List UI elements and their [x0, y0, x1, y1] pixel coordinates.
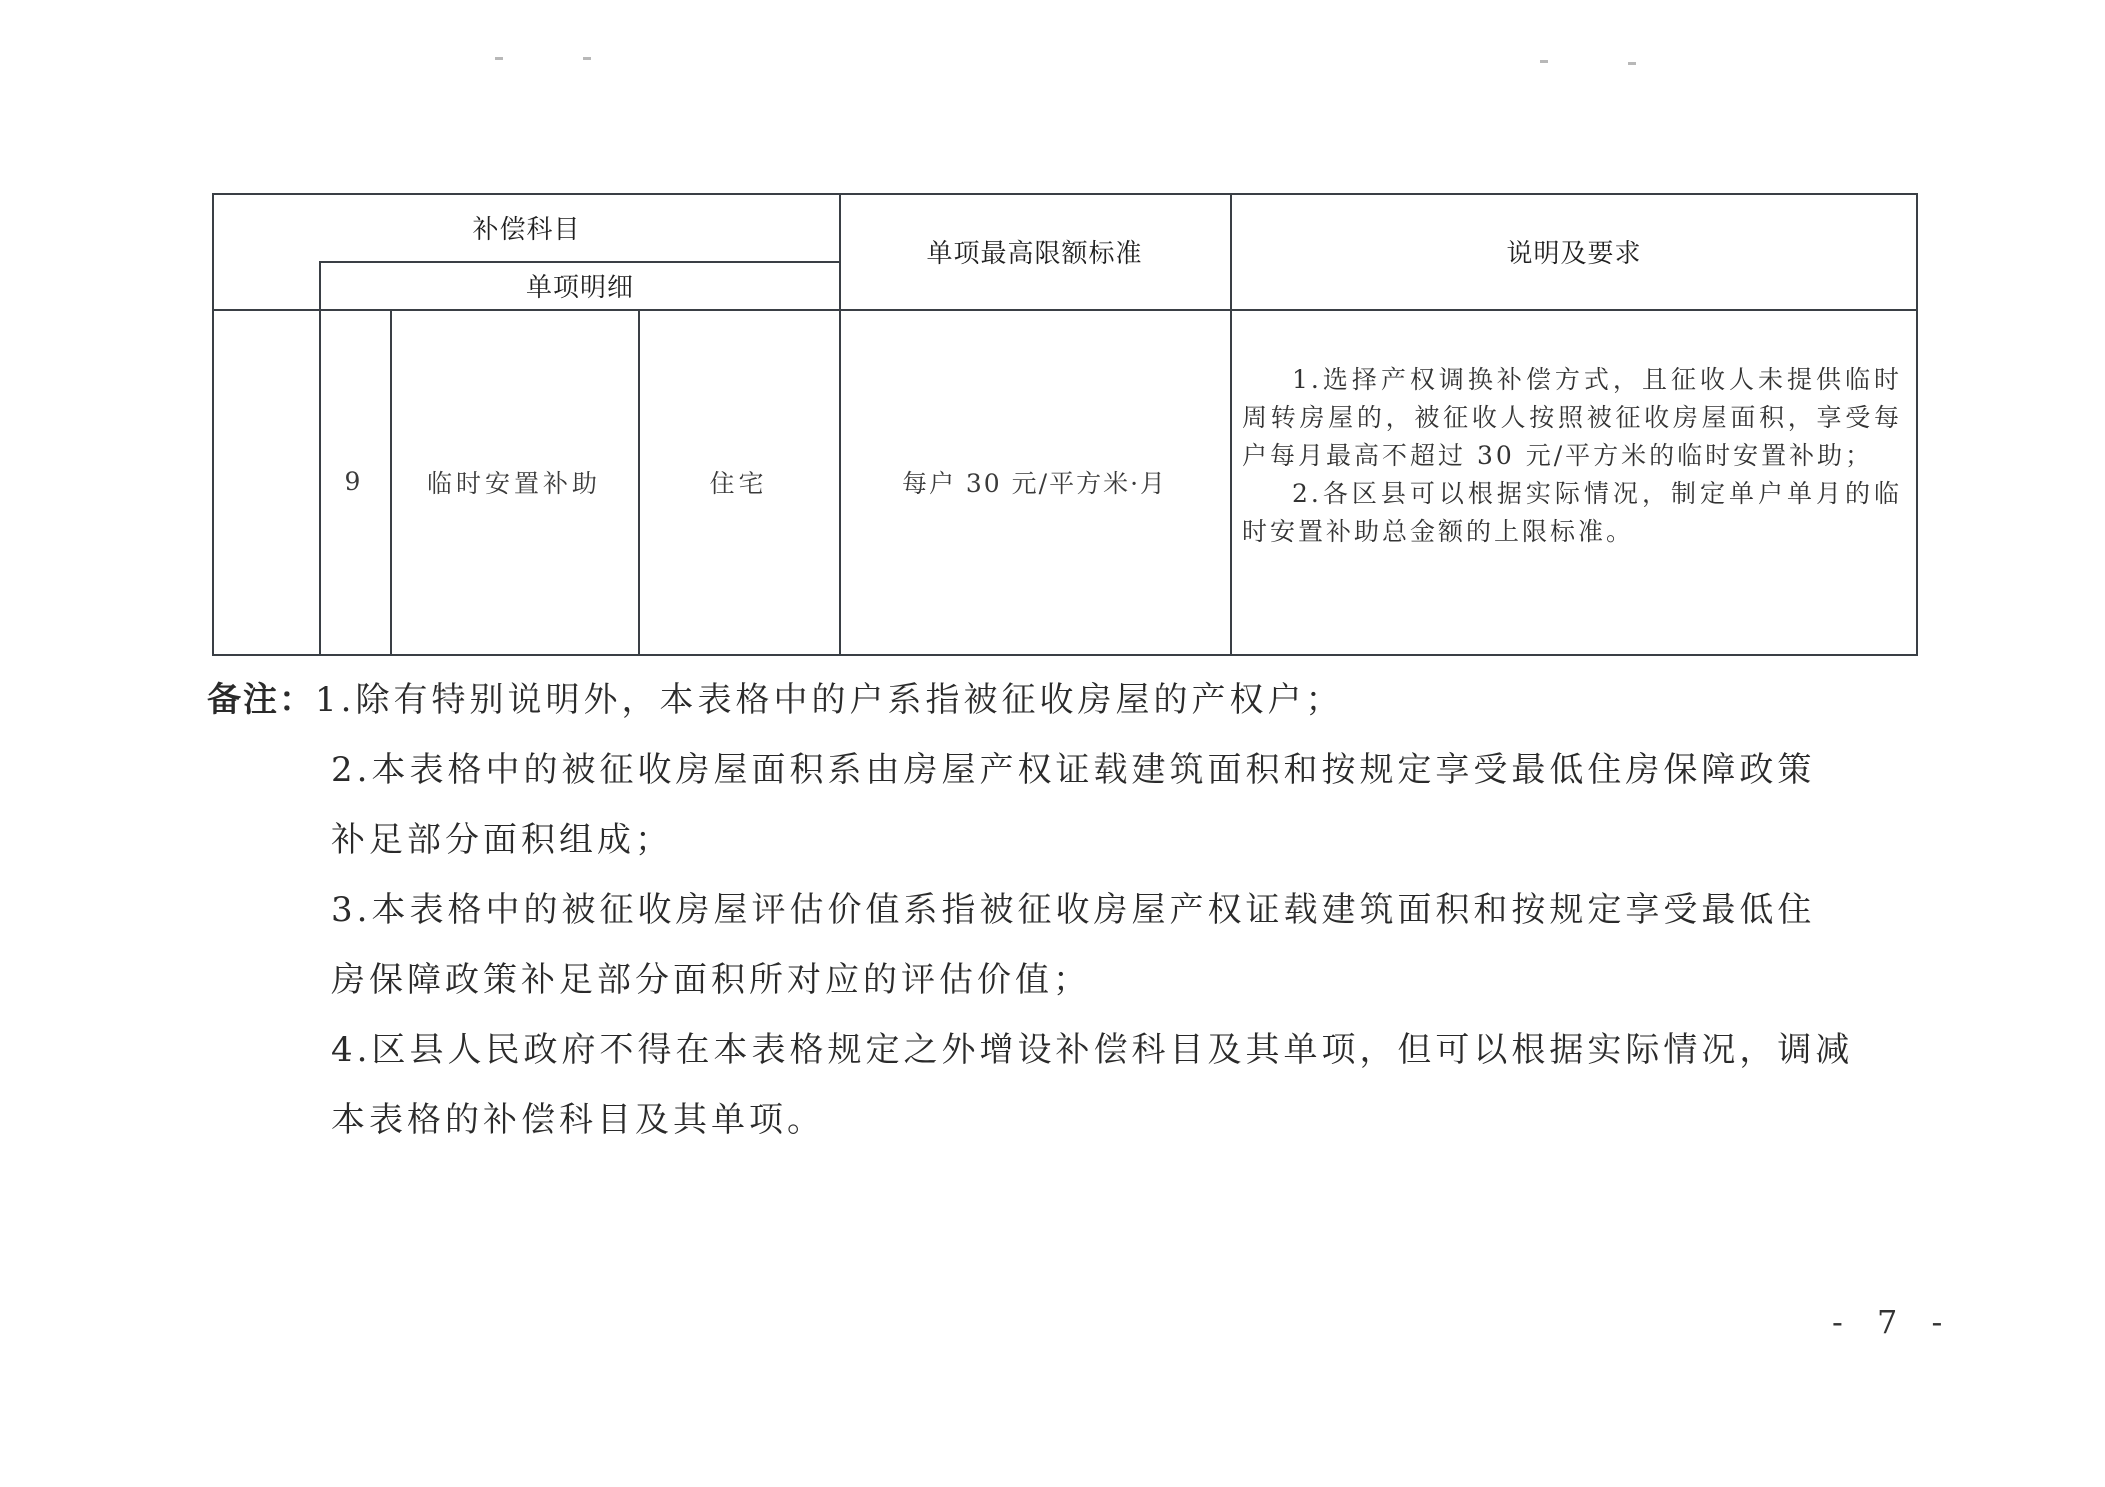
compensation-table: 补偿科目 单项明细 单项最高限额标准 说明及要求 9 临时安置补助 住宅 每户 … — [212, 193, 1918, 656]
note-line-3: 补足部分面积组成； — [331, 812, 673, 861]
table-border-bottom — [212, 654, 1918, 656]
page-number: - 7 - — [1832, 1303, 1954, 1341]
scan-mark — [1540, 60, 1548, 63]
description-paragraph-2: 2.各区县可以根据实际情况，制定单户单月的临时安置补助总金额的上限标准。 — [1242, 475, 1902, 551]
note-line-5: 房保障政策补足部分面积所对应的评估价值； — [331, 952, 1091, 1001]
row-property-type: 住宅 — [638, 309, 839, 654]
row-index: 9 — [319, 309, 390, 654]
row-description: 1.选择产权调换补偿方式，且征收人未提供临时周转房屋的，被征收人按照被征收房屋面… — [1242, 361, 1902, 551]
scan-mark — [1628, 62, 1636, 65]
note-line-4: 3.本表格中的被征收房屋评估价值系指被征收房屋产权证载建筑面积和按规定享受最低住 — [331, 882, 1815, 931]
description-paragraph-1: 1.选择产权调换补偿方式，且征收人未提供临时周转房屋的，被征收人按照被征收房屋面… — [1242, 361, 1902, 475]
row-max-standard: 每户 30 元/平方米·月 — [839, 309, 1230, 654]
header-max-limit-standard: 单项最高限额标准 — [839, 193, 1230, 309]
row-item-name: 临时安置补助 — [390, 309, 638, 654]
header-description-requirements: 说明及要求 — [1230, 193, 1918, 309]
header-item-detail: 单项明细 — [319, 261, 841, 309]
note-line-6: 4.区县人民政府不得在本表格规定之外增设补偿科目及其单项，但可以根据实际情况，调… — [331, 1022, 1853, 1071]
header-compensation-subject: 补偿科目 — [212, 193, 841, 261]
note-text: 1.除有特别说明外，本表格中的户系指被征收房屋的产权户； — [315, 680, 1343, 720]
scan-mark — [583, 57, 591, 60]
table-border-left — [212, 193, 214, 656]
note-line-2: 2.本表格中的被征收房屋面积系由房屋产权证载建筑面积和按规定享受最低住房保障政策 — [331, 742, 1815, 791]
note-line-1: 备注：1.除有特别说明外，本表格中的户系指被征收房屋的产权户； — [207, 672, 1343, 721]
scan-mark — [495, 57, 503, 60]
note-line-7: 本表格的补偿科目及其单项。 — [331, 1092, 825, 1141]
notes-label: 备注： — [207, 680, 315, 720]
